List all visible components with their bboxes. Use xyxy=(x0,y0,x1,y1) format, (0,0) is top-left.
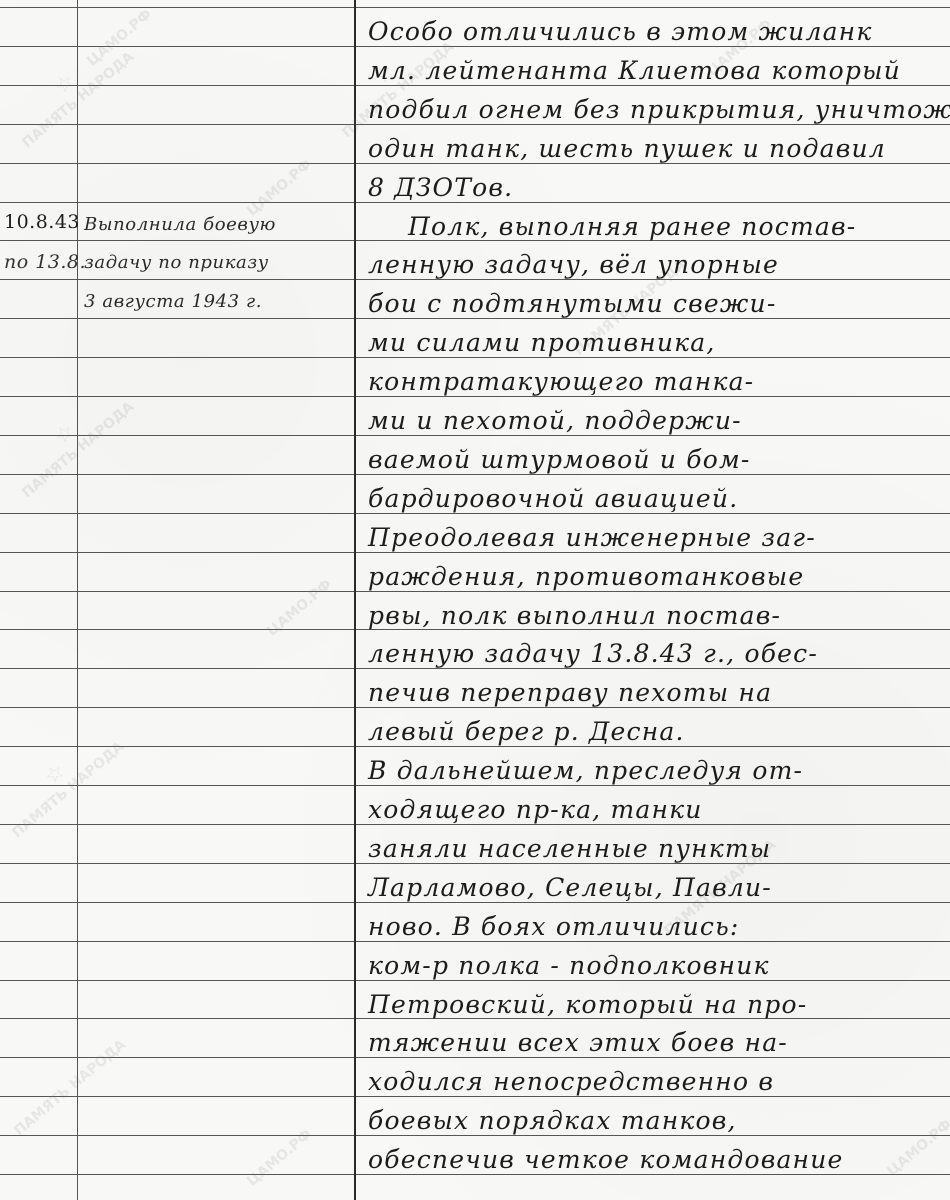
narrative-line: подбил огнем без прикрытия, уничтожил xyxy=(368,97,950,122)
watermark-tsamo: ЦАМО.РФ xyxy=(84,6,155,69)
narrative-line: бои с подтянутыми свежи- xyxy=(368,291,777,316)
ruled-line xyxy=(0,396,950,397)
ruled-line xyxy=(0,202,950,203)
narrative-line: один танк, шесть пушек и подавил xyxy=(368,136,886,161)
document-page: ☆ПАМЯТЬ НАРОДА ☆ПАМЯТЬ НАРОДА ☆ПАМЯТЬ НА… xyxy=(0,0,950,1200)
narrative-line: ком-р полка - подполковник xyxy=(368,953,770,978)
ruled-line xyxy=(0,1018,950,1019)
narrative-line: контратакующего танка- xyxy=(368,369,754,394)
narrative-line: ленную задачу, вёл упорные xyxy=(368,252,779,277)
narrative-line: ми и пехотой, поддержи- xyxy=(368,408,742,433)
ruled-line xyxy=(0,1174,950,1175)
narrative-line: ваемой штурмовой и бом- xyxy=(368,447,751,472)
narrative-line: левый берег р. Десна. xyxy=(368,719,685,744)
narrative-line: Преодолевая инженерные заг- xyxy=(368,525,816,550)
narrative-line: заняли населенные пункты xyxy=(368,836,771,861)
summary-line: Выполнила боевую xyxy=(84,216,276,234)
narrative-line: печив переправу пехоты на xyxy=(368,680,772,705)
ruled-line xyxy=(0,863,950,864)
narrative-line: раждения, противотанковые xyxy=(368,564,804,589)
narrative-line: В дальнейшем, преследуя от- xyxy=(368,758,803,783)
narrative-line: бардировочной авиацией. xyxy=(368,486,738,511)
narrative-line: тяжении всех этих боев на- xyxy=(368,1030,788,1055)
ruled-line xyxy=(0,435,950,436)
watermark-pamyat-naroda: ☆ПАМЯТЬ НАРОДА xyxy=(3,380,137,502)
column-divider-date xyxy=(77,0,78,1200)
watermark-pamyat-naroda: ПАМЯТЬ НАРОДА xyxy=(11,1037,129,1139)
ruled-line xyxy=(0,941,950,942)
narrative-line: мл. лейтенанта Клиетова который xyxy=(368,58,901,83)
ruled-line xyxy=(0,474,950,475)
ruled-line xyxy=(0,7,950,8)
ruled-line xyxy=(0,357,950,358)
narrative-line: Ларламово, Селецы, Павли- xyxy=(368,875,772,900)
narrative-line: ходящего пр-ка, танки xyxy=(368,797,703,822)
ruled-line xyxy=(0,591,950,592)
ruled-line xyxy=(0,980,950,981)
narrative-line: рвы, полк выполнил постав- xyxy=(368,603,781,628)
watermark-tsamo: ЦАМО.РФ xyxy=(884,1116,950,1179)
ruled-line xyxy=(0,746,950,747)
narrative-line: ленную задачу 13.8.43 г., обес- xyxy=(368,641,818,666)
ruled-line xyxy=(0,1096,950,1097)
narrative-line: 8 ДЗОТов. xyxy=(368,175,513,200)
ruled-line xyxy=(0,279,950,280)
summary-line: задачу по приказу xyxy=(84,254,269,272)
narrative-line: Полк, выполняя ранее постав- xyxy=(408,214,856,239)
narrative-line: боевых порядках танков, xyxy=(368,1108,737,1133)
ruled-line xyxy=(0,1057,950,1058)
ruled-line xyxy=(0,318,950,319)
narrative-line: Петровский, который на про- xyxy=(368,992,807,1017)
narrative-line: ми силами противника, xyxy=(368,330,716,355)
ruled-line xyxy=(0,46,950,47)
ruled-line xyxy=(0,1135,950,1136)
ruled-line xyxy=(0,85,950,86)
entry-date-end: по 13.8. xyxy=(4,253,86,272)
ruled-line xyxy=(0,707,950,708)
ruled-line xyxy=(0,902,950,903)
ruled-line xyxy=(0,124,950,125)
narrative-line: ходился непосредственно в xyxy=(368,1069,774,1094)
narrative-line: Особо отличились в этом жиланк xyxy=(368,19,872,44)
ruled-line xyxy=(0,513,950,514)
narrative-line: обеспечив четкое командование xyxy=(368,1147,844,1172)
ruled-line xyxy=(0,785,950,786)
ruled-line xyxy=(0,824,950,825)
ruled-line xyxy=(0,163,950,164)
narrative-line: ново. В боях отличились: xyxy=(368,914,740,939)
column-divider-narrative xyxy=(354,0,356,1200)
summary-line: 3 августа 1943 г. xyxy=(84,293,262,311)
watermark-pamyat-naroda: ☆ПАМЯТЬ НАРОДА xyxy=(3,30,137,152)
ruled-line xyxy=(0,552,950,553)
ruled-line xyxy=(0,629,950,630)
ruled-line xyxy=(0,668,950,669)
watermark-tsamo: ЦАМО.РФ xyxy=(244,156,315,219)
ruled-line xyxy=(0,240,950,241)
entry-date-start: 10.8.43 xyxy=(4,213,80,232)
